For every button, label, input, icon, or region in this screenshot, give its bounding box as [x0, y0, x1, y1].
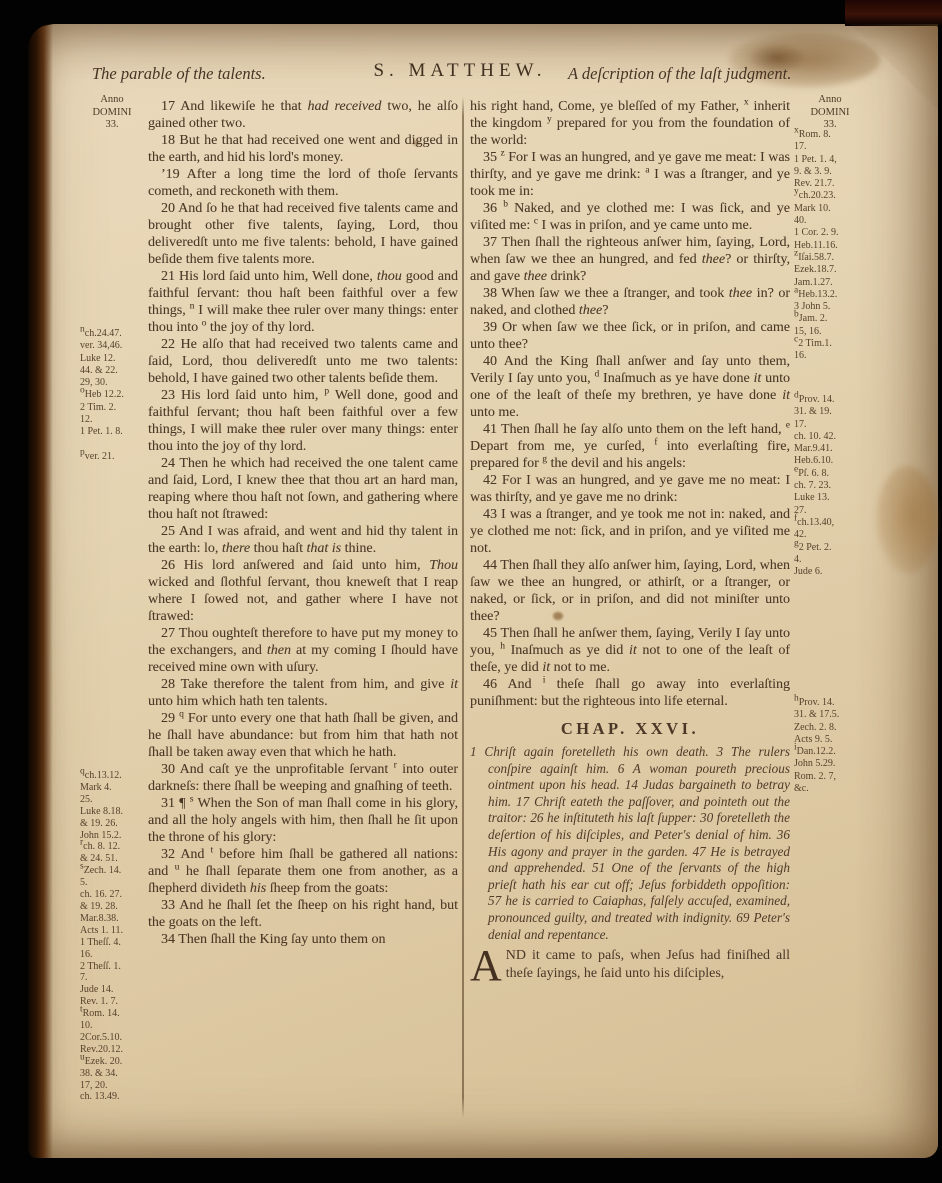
running-head-right: A deſcription of the laſt judgment.	[568, 64, 873, 84]
verse-paragraph: 46 And i theſe ſhall go away into everla…	[470, 676, 790, 710]
margin-references: qch.13.12.Mark 4.25.Luke 8.18.& 19. 26.J…	[80, 770, 150, 1103]
opening-verse-text: ND it came to paſs, when Jeſus had finiſ…	[506, 948, 790, 981]
margin-references: nch.24.47.ver. 34,46.Luke 12.44. & 22.29…	[80, 328, 150, 463]
opening-verse: AND it came to paſs, when Jeſus had fini…	[470, 947, 790, 982]
verse-paragraph: 23 His lord ſaid unto him, p Well done, …	[148, 387, 458, 455]
book-scan: The parable of the talents. S. MATTHEW. …	[0, 0, 942, 1183]
verse-paragraph: 17 And likewiſe he that had received two…	[148, 98, 458, 132]
verse-paragraph: ʼ19 After a long time the lord of thoſe …	[148, 166, 458, 200]
verse-paragraph: 21 His lord ſaid unto him, Well done, th…	[148, 268, 458, 336]
verse-paragraph: 34 Then ſhall the King ſay unto them on	[148, 931, 458, 948]
verse-paragraph: 22 He alſo that had received two talents…	[148, 336, 458, 387]
verse-paragraph: 32 And t before him ſhall be gathered al…	[148, 846, 458, 897]
verse-paragraph: 25 And I was afraid, and went and hid th…	[148, 523, 458, 557]
margin-references: hProv. 14.31. & 17.5.Zech. 2. 8.Acts 9. …	[794, 697, 872, 795]
verse-paragraph: 18 But he that had received one went and…	[148, 132, 458, 166]
verse-paragraph: 35 z For I was an hungred, and ye gave m…	[470, 149, 790, 200]
verse-paragraph: 37 Then ſhall the righteous anſwer him, …	[470, 234, 790, 285]
verse-paragraph: 28 Take therefore the talent from him, a…	[148, 676, 458, 710]
verse-paragraph: 39 Or when ſaw we thee ſick, or in priſo…	[470, 319, 790, 353]
verse-paragraph: 24 Then he which had received the one ta…	[148, 455, 458, 523]
verse-paragraph: 41 Then ſhall he ſay alſo unto them on t…	[470, 421, 790, 472]
anno-domini-left: AnnoDOMINI33.	[76, 94, 148, 132]
verse-paragraph: 33 And he ſhall ſet the ſheep on his rig…	[148, 897, 458, 931]
verse-paragraph: 31 ¶ s When the Son of man ſhall come in…	[148, 795, 458, 846]
verse-paragraph: 36 b Naked, and ye clothed me: I was ſic…	[470, 200, 790, 234]
verse-paragraph: 42 For I was an hungred, and ye gave me …	[470, 472, 790, 506]
book-title-header: S. MATTHEW.	[325, 60, 595, 82]
margin-references: xRom. 8.17.1 Pet. 1. 4,9. & 3. 9.Rev. 21…	[794, 129, 872, 363]
verse-paragraph: 30 And caſt ye the unprofitable ſervant …	[148, 761, 458, 795]
verse-paragraph: 44 Then ſhall they alſo anſwer him, ſayi…	[470, 557, 790, 625]
verse-paragraph: 43 I was a ſtranger, and ye took me not …	[470, 506, 790, 557]
verse-paragraph: 29 q For unto every one that hath ſhall …	[148, 710, 458, 761]
anno-domini-right: AnnoDOMINI33.	[794, 94, 866, 132]
verse-paragraph: 26 His lord anſwered and ſaid unto him, …	[148, 557, 458, 625]
text-column-left: 17 And likewiſe he that had received two…	[148, 98, 458, 948]
verse-paragraph: 38 When ſaw we thee a ſtranger, and took…	[470, 285, 790, 319]
verse-paragraph: 20 And ſo he that had received five tale…	[148, 200, 458, 268]
drop-cap-initial: A	[470, 947, 506, 982]
verse-paragraph: 40 And the King ſhall anſwer and ſay unt…	[470, 353, 790, 421]
text-column-right: his right hand, Come, ye bleſſed of my F…	[470, 98, 790, 982]
stain	[876, 466, 938, 574]
verse-paragraph: 45 Then ſhall he anſwer them, ſaying, Ve…	[470, 625, 790, 676]
book-cover-edge	[845, 0, 942, 26]
column-divider-rule	[462, 96, 464, 1118]
chapter-summary: 1 Chriſt again foretelleth his own death…	[470, 744, 790, 943]
margin-references: dProv. 14.31. & 19.17.ch. 10. 42.Mar.9.4…	[794, 394, 872, 578]
verse-paragraph: his right hand, Come, ye bleſſed of my F…	[470, 98, 790, 149]
chapter-heading: CHAP. XXVI.	[470, 719, 790, 739]
book-spine-edge	[28, 24, 53, 1158]
verse-paragraph: 27 Thou oughteſt therefore to have put m…	[148, 625, 458, 676]
